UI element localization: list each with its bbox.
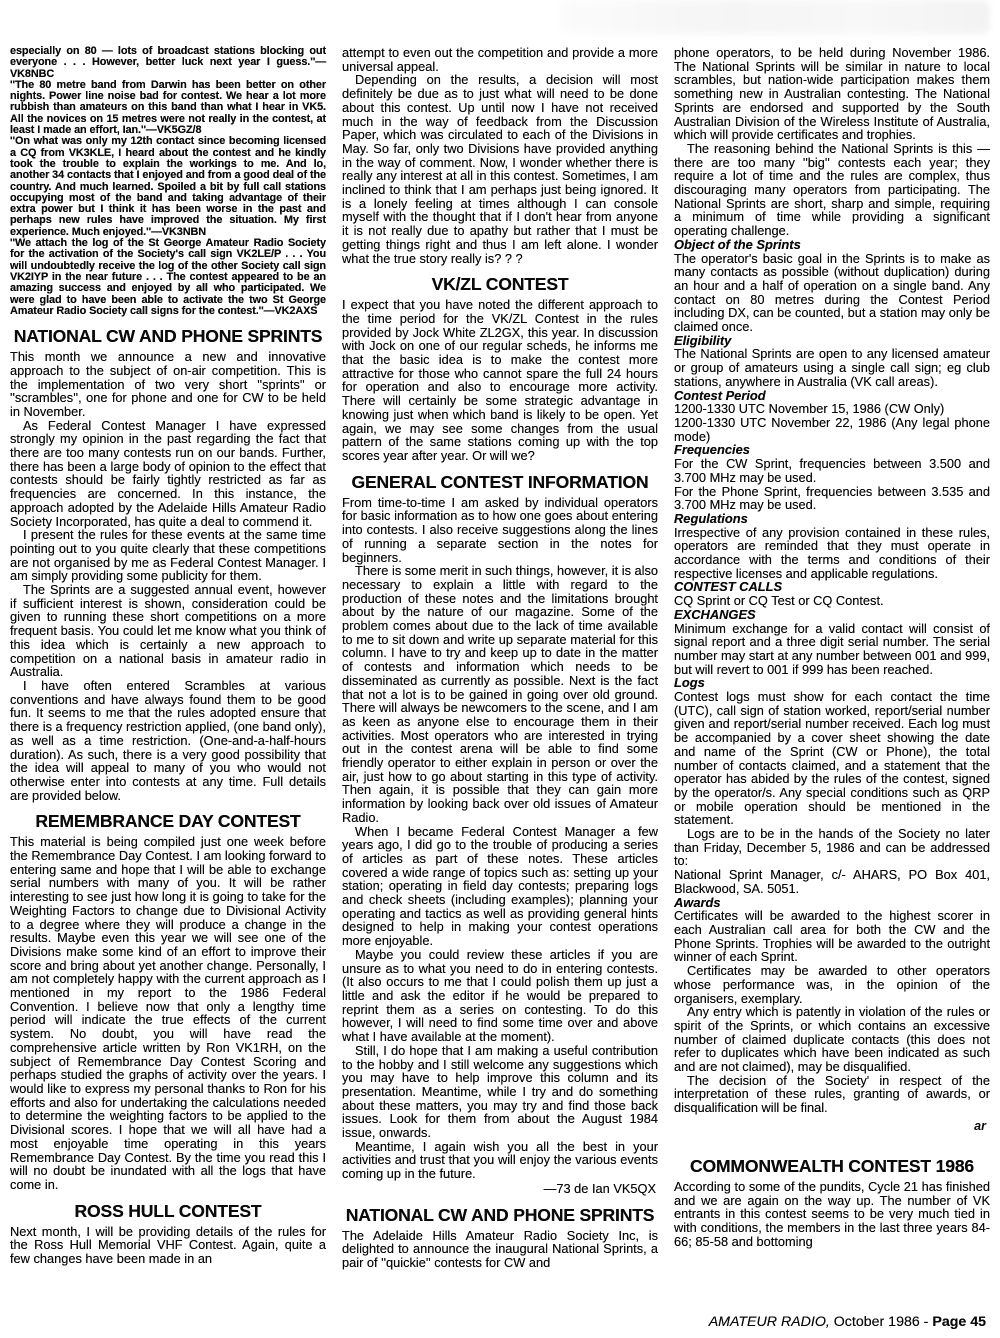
subheading: Object of the Sprints	[674, 238, 990, 252]
subheading: Logs	[674, 676, 990, 690]
paragraph: Any entry which is patently in violation…	[674, 1005, 990, 1074]
paragraph: Meantime, I again wish you all the best …	[342, 1140, 658, 1181]
section-heading: GENERAL CONTEST INFORMATION	[342, 473, 658, 492]
paragraph: I expect that you have noted the differe…	[342, 298, 658, 462]
section-heading: ROSS HULL CONTEST	[10, 1202, 326, 1221]
paragraph: The operator's basic goal in the Sprints…	[674, 252, 990, 334]
section-heading: NATIONAL CW AND PHONE SPRINTS	[342, 1206, 658, 1225]
paragraph: Irrespective of any provision contained …	[674, 526, 990, 581]
paragraph: attempt to even out the competition and …	[342, 46, 658, 73]
subheading: Regulations	[674, 512, 990, 526]
column-layout: especially on 80 — lots of broadcast sta…	[10, 46, 990, 1270]
paragraph: This material is being compiled just one…	[10, 835, 326, 1191]
paragraph: The National Sprints are open to any lic…	[674, 347, 990, 388]
paragraph: Minimum exchange for a valid contact wil…	[674, 622, 990, 677]
section-heading: NATIONAL CW AND PHONE SPRINTS	[10, 327, 326, 346]
subheading: Frequencies	[674, 443, 990, 457]
section-heading: REMEMBRANCE DAY CONTEST	[10, 812, 326, 831]
paragraph: For the Phone Sprint, frequencies betwee…	[674, 485, 990, 512]
paragraph: I have often entered Scrambles at variou…	[10, 679, 326, 802]
paragraph: Contest logs must show for each contact …	[674, 690, 990, 827]
paragraph: Certificates will be awarded to the high…	[674, 909, 990, 964]
paragraph: According to some of the pundits, Cycle …	[674, 1180, 990, 1249]
paragraph: Maybe you could review these articles if…	[342, 948, 658, 1044]
paragraph: Logs are to be in the hands of the Socie…	[674, 827, 990, 868]
paragraph: The reasoning behind the National Sprint…	[674, 142, 990, 238]
reader-quote: ''We attach the log of the St George Ama…	[10, 238, 326, 317]
paragraph: Next month, I will be providing details …	[10, 1225, 326, 1266]
subheading: Contest Period	[674, 389, 990, 403]
paragraph: phone operators, to be held during Novem…	[674, 46, 990, 142]
paragraph: 1200-1330 UTC November 15, 1986 (CW Only…	[674, 402, 990, 416]
section-heading: COMMONWEALTH CONTEST 1986	[674, 1157, 990, 1176]
section-heading: VK/ZL CONTEST	[342, 275, 658, 294]
reader-quote: especially on 80 — lots of broadcast sta…	[10, 46, 326, 80]
reader-quote: ''On what was only my 12th contact since…	[10, 136, 326, 238]
magazine-title: AMATEUR RADIO,	[709, 1314, 830, 1330]
paragraph: 1200-1330 UTC November 22, 1986 (Any leg…	[674, 416, 990, 443]
paragraph: For the CW Sprint, frequencies between 3…	[674, 457, 990, 484]
paragraph: National Sprint Manager, c/- AHARS, PO B…	[674, 868, 990, 895]
paragraph: This month we announce a new and innovat…	[10, 350, 326, 419]
end-of-article-mark: ar	[674, 1119, 990, 1133]
subheading: CONTEST CALLS	[674, 580, 990, 594]
paragraph: CQ Sprint or CQ Test or CQ Contest.	[674, 594, 990, 608]
column-left: especially on 80 — lots of broadcast sta…	[10, 46, 326, 1266]
page-number: Page 45	[932, 1314, 986, 1330]
paragraph: I present the rules for these events at …	[10, 528, 326, 583]
signoff: —73 de Ian VK5QX	[342, 1182, 658, 1196]
subheading: EXCHANGES	[674, 608, 990, 622]
column-right: phone operators, to be held during Novem…	[674, 46, 990, 1248]
issue-date: October 1986 -	[830, 1314, 933, 1330]
paragraph: From time-to-time I am asked by individu…	[342, 496, 658, 565]
paragraph: The decision of the Society' in respect …	[674, 1074, 990, 1115]
paragraph: The Sprints are a suggested annual event…	[10, 583, 326, 679]
paragraph: The Adelaide Hills Amateur Radio Society…	[342, 1229, 658, 1270]
reader-quote: ''The 80 metre band from Darwin has been…	[10, 80, 326, 136]
subheading: Awards	[674, 896, 990, 910]
paragraph: Certificates may be awarded to other ope…	[674, 964, 990, 1005]
paragraph: Depending on the results, a decision wil…	[342, 73, 658, 265]
paragraph: As Federal Contest Manager I have expres…	[10, 419, 326, 529]
paragraph: There is some merit in such things, howe…	[342, 564, 658, 824]
subheading: Eligibility	[674, 334, 990, 348]
magazine-page: especially on 80 — lots of broadcast sta…	[0, 0, 1000, 1338]
page-footer: AMATEUR RADIO, October 1986 - Page 45	[709, 1314, 986, 1330]
paragraph: Still, I do hope that I am making a usef…	[342, 1044, 658, 1140]
paragraph: When I became Federal Contest Manager a …	[342, 825, 658, 948]
column-center: attempt to even out the competition and …	[342, 46, 658, 1270]
